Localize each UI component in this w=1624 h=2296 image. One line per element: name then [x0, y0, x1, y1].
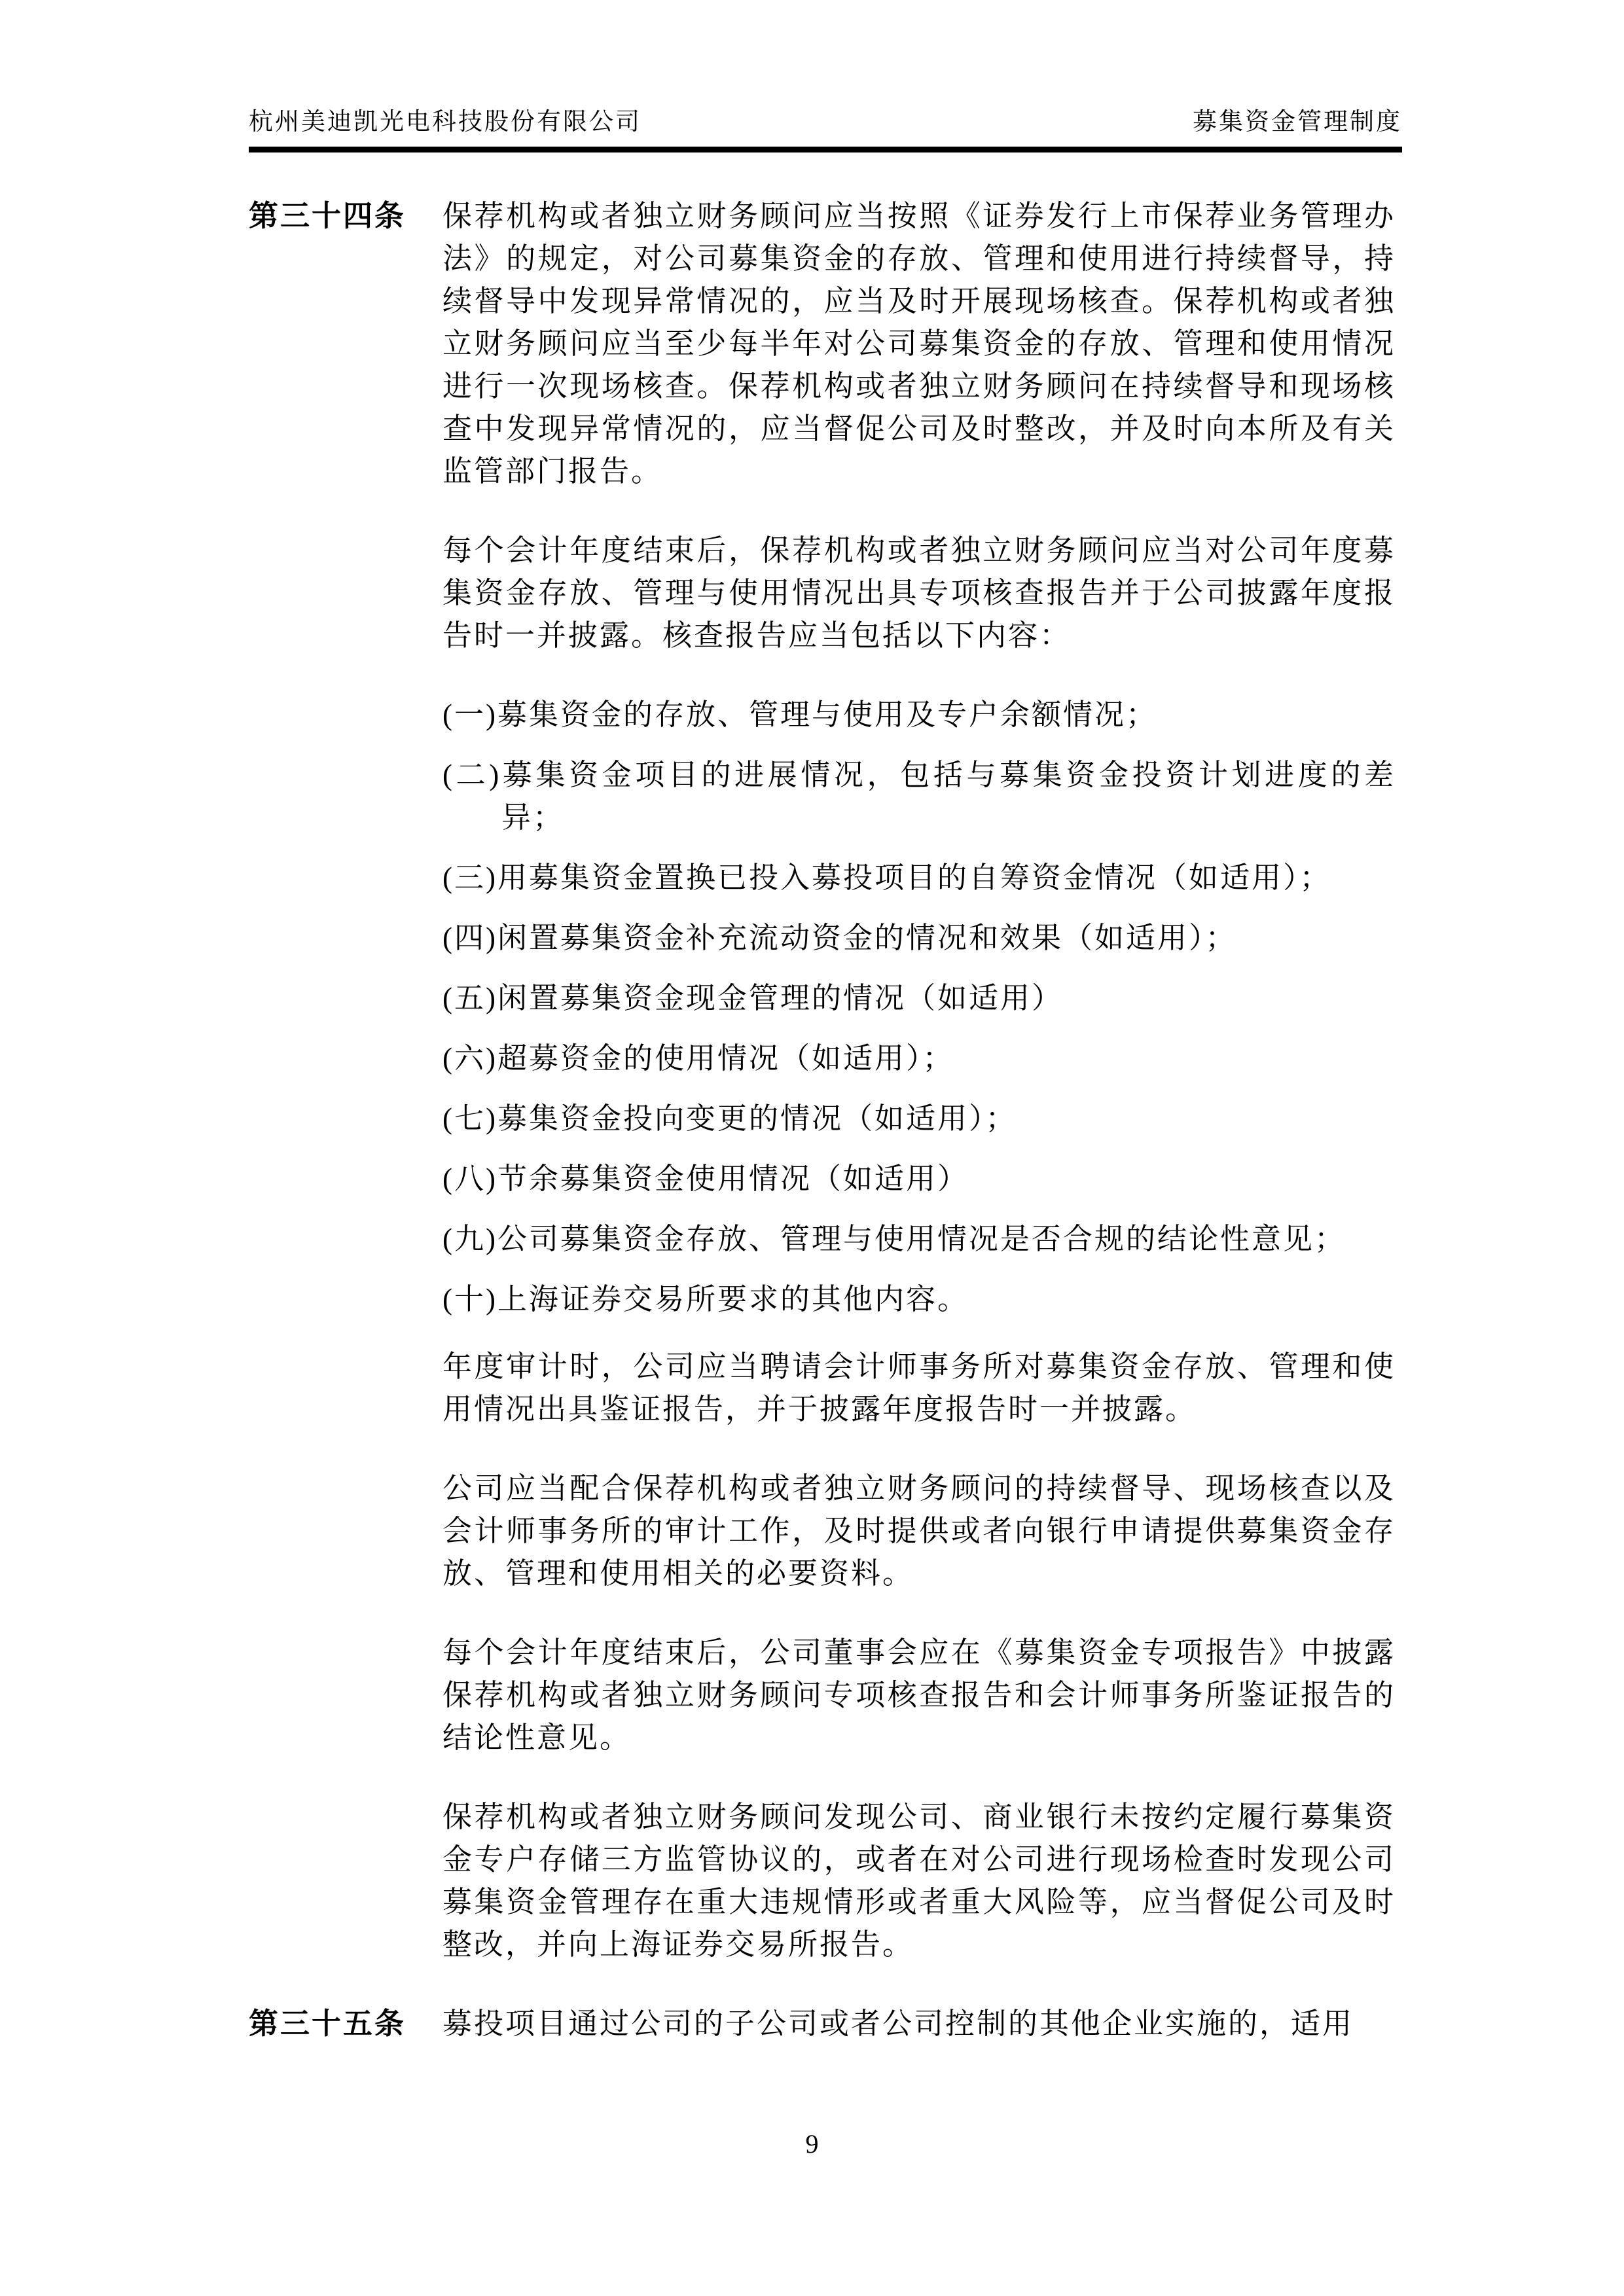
- article-34-paragraph-2: 每个会计年度结束后，保荐机构或者独立财务顾问应当对公司年度募集资金存放、管理与使…: [442, 529, 1396, 657]
- list-item-6: (六)超募资金的使用情况（如适用）；: [442, 1037, 1396, 1080]
- article-35-label: 第三十五条: [249, 2003, 406, 2045]
- document-page: 杭州美迪凯光电科技股份有限公司 募集资金管理制度 第三十四条 保荐机构或者独立财…: [0, 0, 1624, 2296]
- page-footer: 9: [0, 2128, 1624, 2160]
- article-35-body: 募投项目通过公司的子公司或者公司控制的其他企业实施的，适用: [442, 2003, 1396, 2045]
- report-content-list: (一)募集资金的存放、管理与使用及专户余额情况； (二)募集资金项目的进展情况，…: [442, 694, 1396, 1321]
- list-item-9: (九)公司募集资金存放、管理与使用情况是否合规的结论性意见；: [442, 1218, 1396, 1261]
- article-34-paragraph-3: 年度审计时，公司应当聘请会计师事务所对募集资金存放、管理和使用情况出具鉴证报告，…: [442, 1346, 1396, 1431]
- list-item-2: (二)募集资金项目的进展情况，包括与募集资金投资计划进度的差异；: [442, 754, 1396, 839]
- header-doc-title: 募集资金管理制度: [1193, 107, 1402, 137]
- list-item-4: (四)闲置募集资金补充流动资金的情况和效果（如适用）；: [442, 917, 1396, 960]
- article-34-paragraph-5: 每个会计年度结束后，公司董事会应在《募集资金专项报告》中披露保荐机构或者独立财务…: [442, 1632, 1396, 1759]
- list-item-3: (三)用募集资金置换已投入募投项目的自筹资金情况（如适用）；: [442, 857, 1396, 899]
- list-item-7: (七)募集资金投向变更的情况（如适用）；: [442, 1098, 1396, 1140]
- list-item-1: (一)募集资金的存放、管理与使用及专户余额情况；: [442, 694, 1396, 736]
- list-item-10: (十)上海证券交易所要求的其他内容。: [442, 1278, 1396, 1321]
- article-34-paragraph-1: 保荐机构或者独立财务顾问应当按照《证券发行上市保荐业务管理办法》的规定，对公司募…: [442, 195, 1396, 493]
- header-company-name: 杭州美迪凯光电科技股份有限公司: [249, 107, 641, 137]
- page-header: 杭州美迪凯光电科技股份有限公司 募集资金管理制度: [249, 107, 1402, 152]
- article-34-paragraph-4: 公司应当配合保荐机构或者独立财务顾问的持续督导、现场核查以及会计师事务所的审计工…: [442, 1467, 1396, 1595]
- article-35-paragraph-1: 募投项目通过公司的子公司或者公司控制的其他企业实施的，适用: [442, 2003, 1396, 2045]
- article-34-label: 第三十四条: [249, 195, 406, 238]
- article-34: 第三十四条 保荐机构或者独立财务顾问应当按照《证券发行上市保荐业务管理办法》的规…: [249, 195, 1401, 1966]
- page-number: 9: [806, 2129, 819, 2159]
- article-35: 第三十五条 募投项目通过公司的子公司或者公司控制的其他企业实施的，适用: [249, 2003, 1401, 2045]
- article-34-paragraph-6: 保荐机构或者独立财务顾问发现公司、商业银行未按约定履行募集资金专户存储三方监管协…: [442, 1796, 1396, 1966]
- document-body: 第三十四条 保荐机构或者独立财务顾问应当按照《证券发行上市保荐业务管理办法》的规…: [249, 195, 1401, 2045]
- list-item-8: (八)节余募集资金使用情况（如适用）: [442, 1158, 1396, 1200]
- list-item-5: (五)闲置募集资金现金管理的情况（如适用）: [442, 977, 1396, 1020]
- article-34-body: 保荐机构或者独立财务顾问应当按照《证券发行上市保荐业务管理办法》的规定，对公司募…: [442, 195, 1396, 1966]
